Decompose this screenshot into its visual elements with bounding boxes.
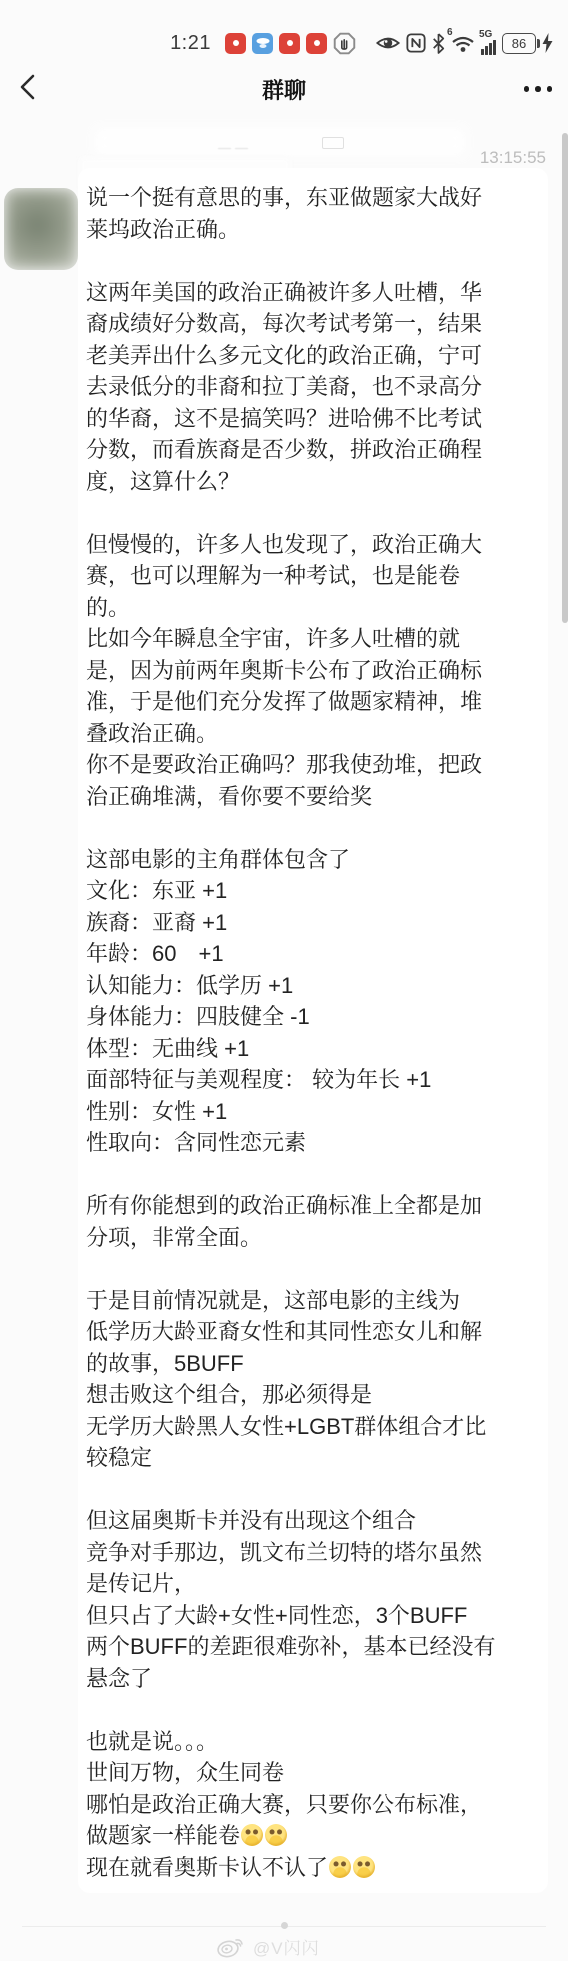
hand-over-mouth-emoji xyxy=(329,1856,351,1878)
battery-percent-text: 86 xyxy=(502,33,536,54)
nfc-icon xyxy=(406,33,426,53)
watermark: @V闪闪 xyxy=(216,1933,320,1959)
avatar[interactable] xyxy=(4,188,78,270)
hand-over-mouth-emoji xyxy=(353,1856,375,1878)
message-text: 说一个挺有意思的事，东亚做题家大战好 莱坞政治正确。 这两年美国的政治正确被许多… xyxy=(86,182,534,1883)
app-badge-icon xyxy=(252,33,273,54)
weibo-logo-icon xyxy=(216,1934,246,1958)
avatar-blurred-image xyxy=(4,188,78,270)
erased-badge-ghost xyxy=(322,137,344,149)
signal-bars-icon: 5G xyxy=(481,32,496,55)
notification-badge-icon xyxy=(306,33,327,54)
hand-over-mouth-emoji xyxy=(241,1824,263,1846)
scrollbar[interactable] xyxy=(562,133,568,623)
footer-divider-dot xyxy=(281,1922,288,1929)
notification-badge-icon xyxy=(279,33,300,54)
phone-screen: 1:21 6 xyxy=(0,0,568,1961)
message-timestamp: 13:15:55 xyxy=(480,148,546,168)
erased-date-ghost: ―― xyxy=(218,140,252,155)
ellipsis-icon xyxy=(524,86,530,92)
more-menu-button[interactable] xyxy=(506,76,552,102)
page-title: 群聊 xyxy=(0,74,568,105)
nav-bar: 群聊 xyxy=(0,62,568,114)
bluetooth-icon xyxy=(432,33,445,54)
wifi-icon: 6 xyxy=(451,29,475,58)
watermark-text: @V闪闪 xyxy=(253,1934,320,1959)
battery-terminal xyxy=(537,39,540,48)
do-not-disturb-hand-icon xyxy=(333,32,356,55)
eye-comfort-icon xyxy=(376,33,400,53)
wifi-standard-label: 6 xyxy=(447,27,453,38)
charging-bolt-icon xyxy=(541,33,554,53)
hand-over-mouth-emoji xyxy=(265,1824,287,1846)
battery-indicator: 86 xyxy=(502,33,554,54)
clock-text: 1:21 xyxy=(170,32,211,55)
network-type-label: 5G xyxy=(479,29,492,40)
notification-badge-icon xyxy=(225,33,246,54)
status-bar: 1:21 6 xyxy=(0,24,568,62)
blurred-group-name xyxy=(95,128,465,156)
